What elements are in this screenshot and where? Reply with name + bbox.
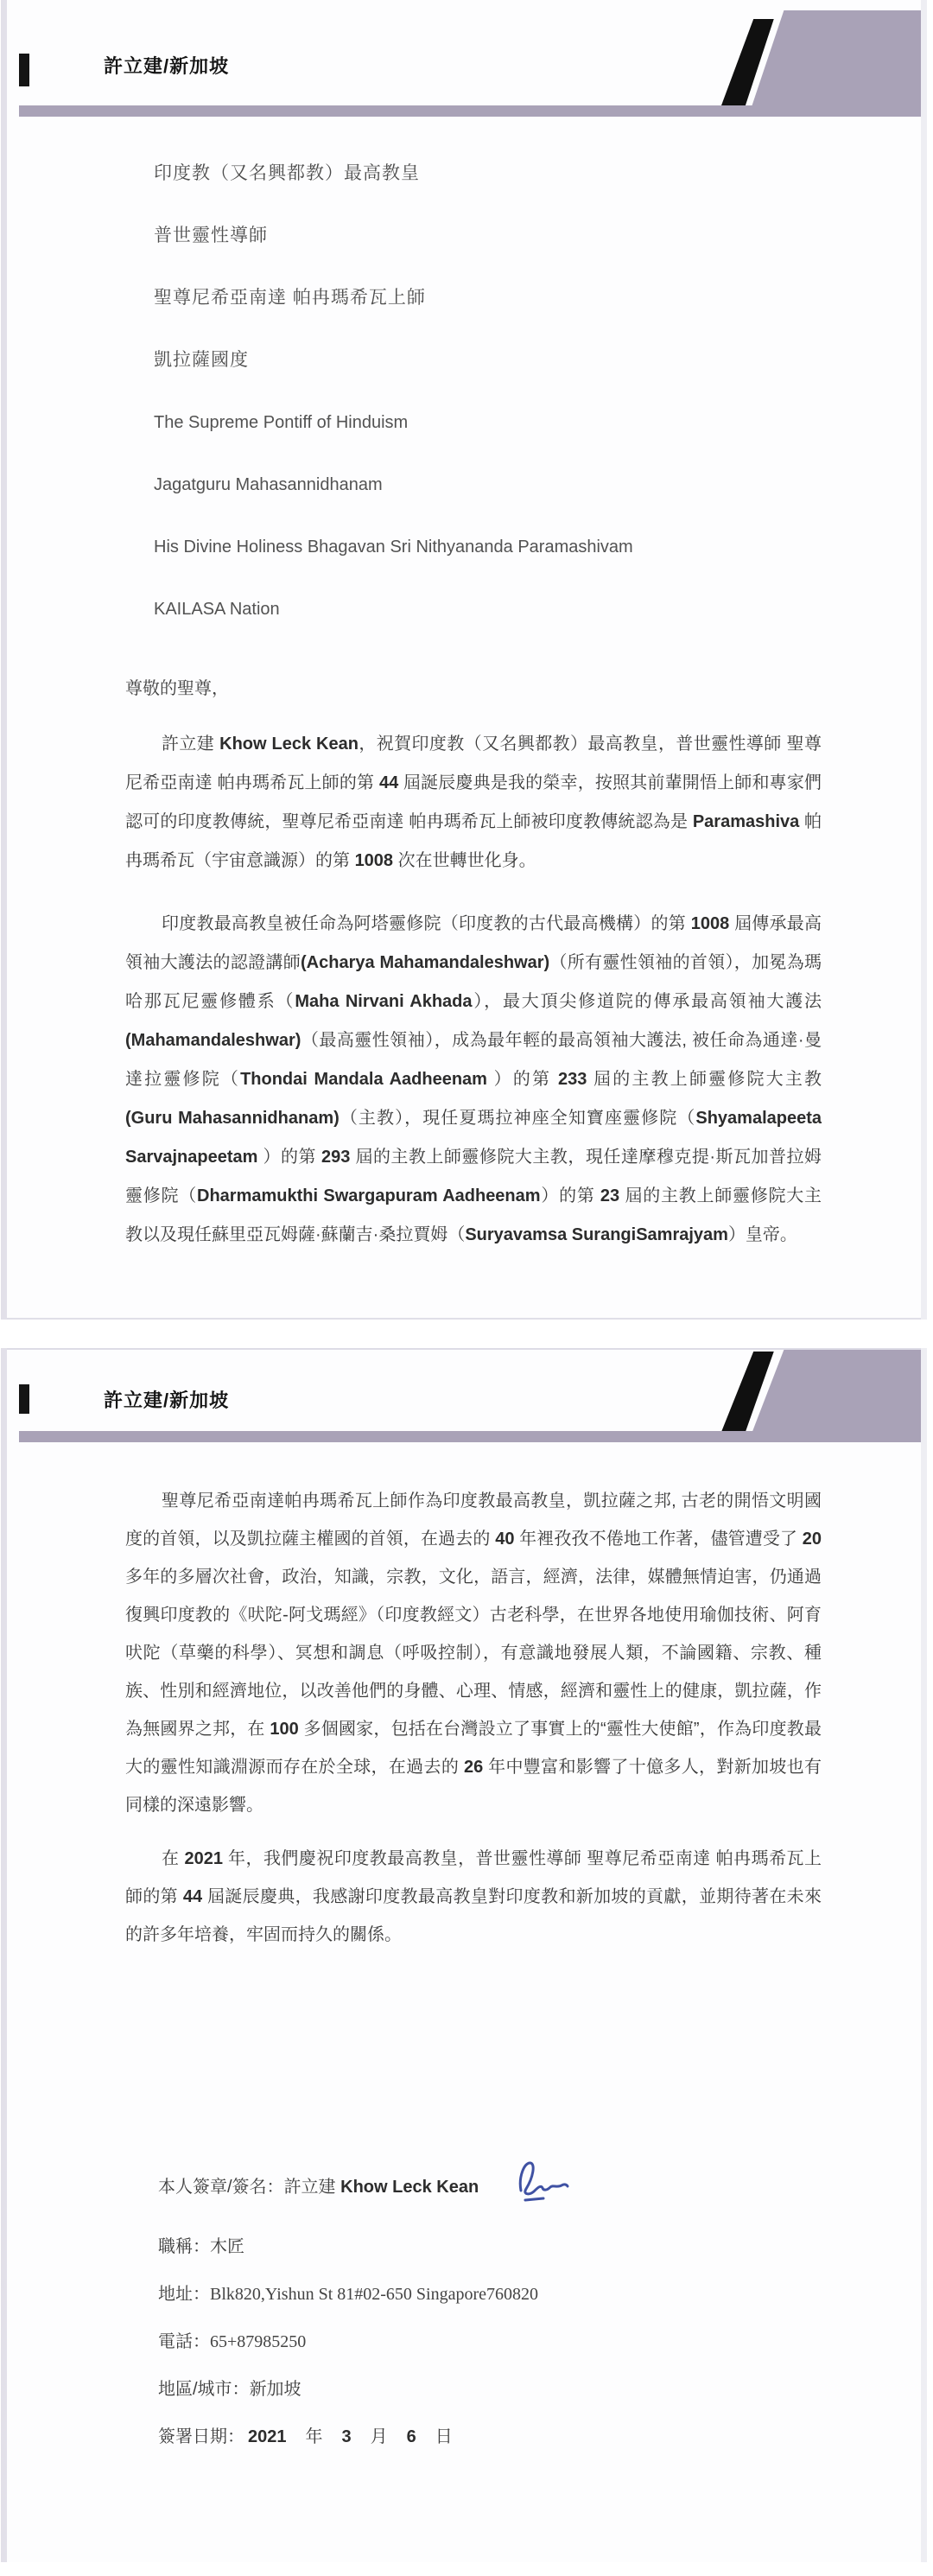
corner-accent-shape	[743, 1350, 921, 1442]
title-line-en: KAILASA Nation	[154, 578, 921, 640]
signature-field-row: 電話：65+87985250	[158, 2318, 921, 2366]
signer-name-cjk: 許立建	[284, 2178, 341, 2197]
handwritten-signature	[515, 2158, 572, 2223]
letter-page-1: 許立建/新加坡 印度教（又名興都教）最高教皇 普世靈性導師 聖尊尼希亞南達 帕冉…	[7, 0, 921, 1320]
header-title: 許立建/新加坡	[104, 52, 229, 79]
signature-block: 本人簽章/簽名：許立建 Khow Leck Kean 職稱：木匠 地址：Blk8…	[158, 2158, 921, 2461]
date-month-unit: 月	[371, 2427, 388, 2446]
date-day: 6	[407, 2427, 416, 2446]
body-paragraph: 印度教最高教皇被任命為阿塔靈修院（印度教的古代最高機構）的第 1008 屆傳承最…	[125, 905, 822, 1255]
header-title: 許立建/新加坡	[104, 1386, 229, 1413]
signature-ink-icon	[515, 2158, 572, 2204]
field-label: 地址：	[158, 2285, 210, 2304]
title-line: 聖尊尼希亞南達 帕冉瑪希瓦上師	[154, 267, 921, 329]
letter-page-2: 許立建/新加坡 聖尊尼希亞南達帕冉瑪希瓦上師作為印度教最高教皇，凱拉薩之邦, 古…	[7, 1348, 921, 2562]
salutation: 尊敬的聖尊，	[125, 670, 921, 708]
signature-field-row: 職稱：木匠	[158, 2223, 921, 2271]
date-month: 3	[342, 2427, 352, 2446]
title-line: 凱拉薩國度	[154, 329, 921, 391]
field-value: 新加坡	[250, 2380, 301, 2399]
field-value: 65+87985250	[210, 2332, 306, 2351]
header-underline-band	[19, 105, 921, 117]
date-year-unit: 年	[306, 2427, 323, 2446]
title-line-en: His Divine Holiness Bhagavan Sri Nithyan…	[154, 516, 921, 578]
field-label: 電話：	[158, 2332, 210, 2351]
field-value: 木匠	[210, 2237, 244, 2256]
body-paragraph: 許立建 Khow Leck Kean，祝賀印度教（又名興都教）最高教皇，普世靈性…	[125, 725, 822, 881]
body-paragraph: 聖尊尼希亞南達帕冉瑪希瓦上師作為印度教最高教皇，凱拉薩之邦, 古老的開悟文明國度…	[125, 1482, 822, 1824]
page1-header: 許立建/新加坡	[7, 0, 921, 117]
signer-name-en: Khow Leck Kean	[340, 2178, 479, 2197]
date-year: 2021	[248, 2427, 287, 2446]
body-paragraph: 在 2021 年，我們慶祝印度教最高教皇，普世靈性導師 聖尊尼希亞南達 帕冉瑪希…	[125, 1840, 822, 1954]
header-underline-band	[19, 1431, 921, 1442]
signature-name-line: 本人簽章/簽名：許立建 Khow Leck Kean	[158, 2158, 921, 2223]
left-black-tab	[19, 1384, 29, 1414]
title-line-en: Jagatguru Mahasannidhanam	[154, 454, 921, 516]
title-line-en: The Supreme Pontiff of Hinduism	[154, 391, 921, 454]
title-line: 普世靈性導師	[154, 205, 921, 267]
signature-field-row: 地址：Blk820,Yishun St 81#02-650 Singapore7…	[158, 2271, 921, 2318]
field-label: 地區/城市：	[158, 2380, 250, 2399]
signature-field-row: 地區/城市：新加坡	[158, 2366, 921, 2414]
sender-title-block: 印度教（又名興都教）最高教皇 普世靈性導師 聖尊尼希亞南達 帕冉瑪希瓦上師 凱拉…	[154, 143, 921, 640]
page2-header: 許立建/新加坡	[7, 1350, 921, 1442]
field-value: Blk820,Yishun St 81#02-650 Singapore7608…	[210, 2285, 538, 2304]
title-line: 印度教（又名興都教）最高教皇	[154, 143, 921, 205]
field-label: 職稱：	[158, 2237, 210, 2256]
signature-label: 本人簽章/簽名：	[158, 2178, 284, 2197]
left-black-tab	[19, 54, 29, 86]
date-label: 簽署日期：	[158, 2427, 244, 2446]
signature-date-line: 簽署日期：2021年3月6日	[158, 2414, 921, 2461]
date-day-unit: 日	[435, 2427, 453, 2446]
